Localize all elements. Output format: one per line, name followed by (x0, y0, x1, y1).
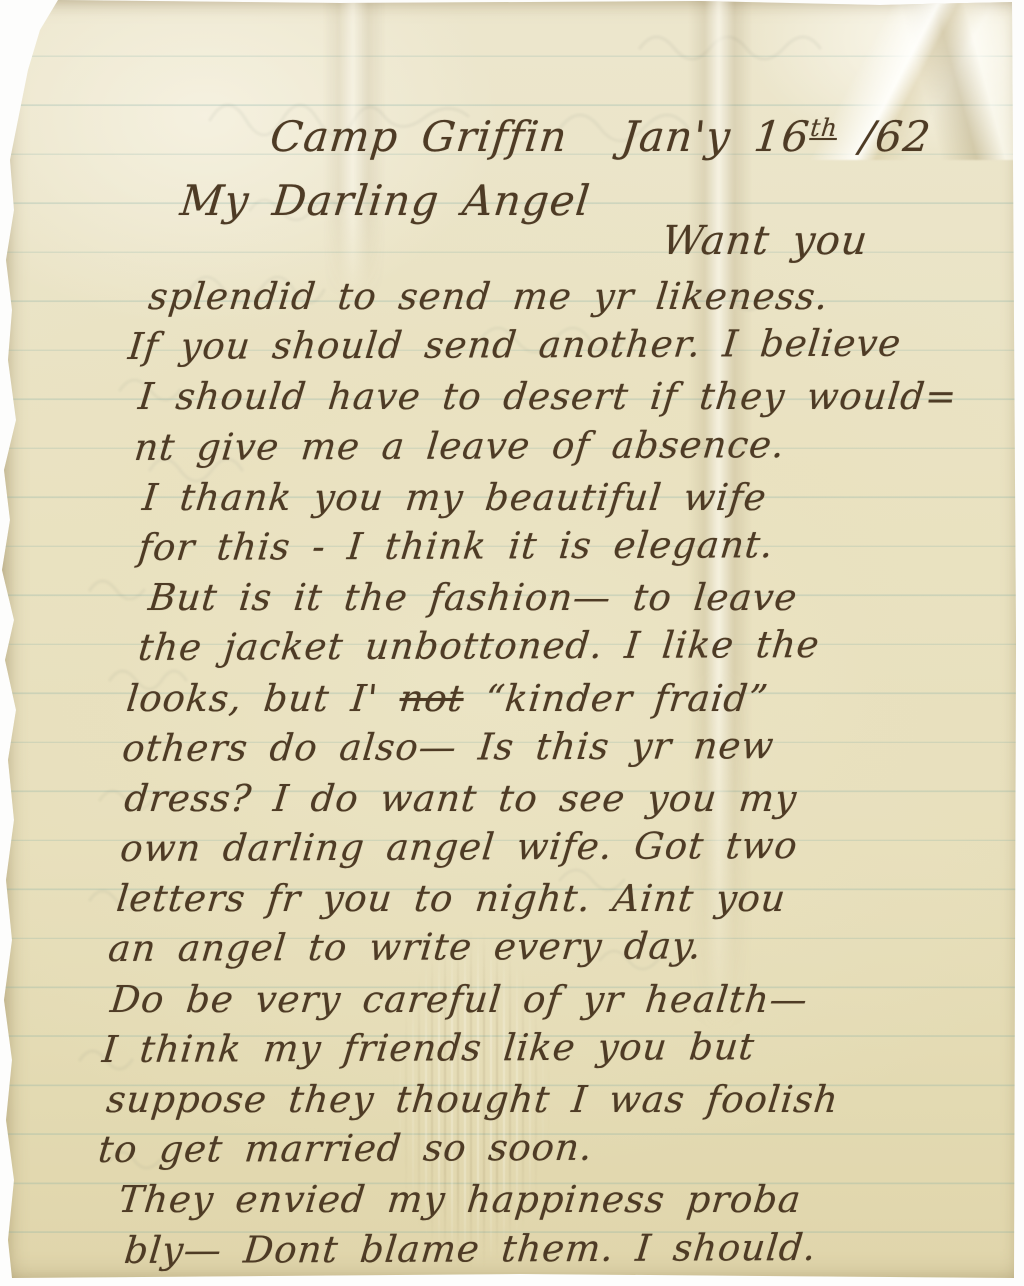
letter-line: I thank you my beautiful wife (140, 473, 955, 523)
letter-body: splendid to send me yr likeness. If you … (96, 272, 955, 1276)
letter-line: I should have to desert if they would= (136, 372, 955, 422)
opening-phrase: Want you (660, 218, 865, 264)
letter-line: dress? I do want to see you my (122, 774, 955, 824)
letter-line: If you should send another. I believe (126, 322, 955, 372)
letter-line-with-strikeout: looks, but I' not “kinder fraid” (124, 674, 955, 724)
letter-line: nt give me a leave of absence. (132, 423, 955, 473)
letter-line: splendid to send me yr likeness. (146, 272, 955, 322)
letter-line: own darling angel wife. Got two (118, 824, 955, 874)
letter-line: to get married so soon. (96, 1125, 955, 1175)
letter-line: I think my friends like you but (100, 1025, 955, 1075)
letter-line: an angel to write every day. (106, 924, 955, 974)
letter-line: the jacket unbottoned. I like the (136, 623, 955, 673)
struck-word: not (397, 677, 466, 720)
dateline: Camp GriffinJan'y 16th /62 (268, 112, 928, 161)
letter-line: suppose they thought I was foolish (104, 1075, 955, 1125)
salutation: My Darling Angel (178, 176, 588, 225)
place-name: Camp Griffin (268, 112, 570, 161)
letter-line: for this - I think it is elegant. (136, 523, 955, 573)
letter-paper: Camp GriffinJan'y 16th /62 My Darling An… (0, 0, 1024, 1286)
letter-line: They envied my happiness proba (116, 1175, 955, 1225)
letter-line: But is it the fashion— to leave (146, 573, 955, 623)
letter-line: bly— Dont blame them. I should. (122, 1226, 955, 1276)
letter-date: Jan'y 16th /62 (619, 112, 934, 161)
letter-scan: Camp GriffinJan'y 16th /62 My Darling An… (0, 0, 1024, 1286)
date-ordinal: th (809, 113, 840, 142)
letter-line: others do also— Is this yr new (120, 724, 955, 774)
letter-line: Do be very careful of yr health— (108, 975, 955, 1025)
letter-line: letters fr you to night. Aint you (114, 874, 955, 924)
